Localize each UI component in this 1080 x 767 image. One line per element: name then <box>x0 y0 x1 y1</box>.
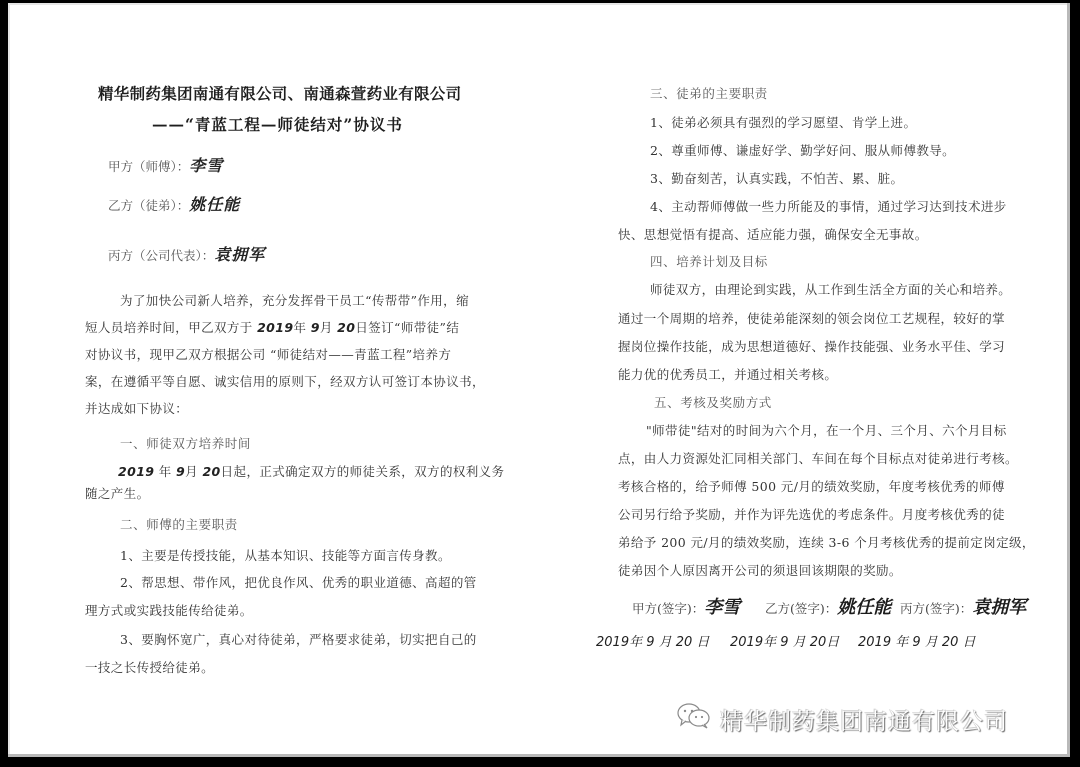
party-a: 甲方（师傅）：李雪 <box>108 153 223 176</box>
handwritten-month: 9 <box>176 464 185 479</box>
party-a-name: 李雪 <box>189 156 223 175</box>
section-1-line-2: 随之产生。 <box>85 484 150 502</box>
section-1-line-1: 2019 年 9月 20日起，正式确定双方的师徒关系，双方的权利义务 <box>118 462 504 480</box>
party-b-name: 姚任能 <box>189 195 240 214</box>
intro-line-4: 案，在遵循平等自愿、诚实信用的原则下，经双方认可签订本协议书， <box>85 372 485 390</box>
party-c-name: 袁拥军 <box>214 245 265 264</box>
handwritten-year: 2019 <box>118 464 154 479</box>
section-3-item-2: 2、尊重师傅、谦虚好学、勤学好问、服从师傅教导。 <box>650 141 955 159</box>
section-5-line-1: "师带徒"结对的时间为六个月，在一个月、三个月、六个月目标 <box>646 421 1007 439</box>
month-suffix: 月 <box>320 320 333 335</box>
signature-handwritten: 李雪 <box>704 597 740 618</box>
signature-label: 甲方(签字)： <box>632 601 704 616</box>
section-2-heading: 二、师傅的主要职责 <box>120 515 238 533</box>
signature-date-b: 2019年 9 月 20日 <box>730 631 839 650</box>
scanned-document-page: 精华制药集团南通有限公司、南通森萱药业有限公司 ——“青蓝工程—师徒结对”协议书… <box>8 3 1070 757</box>
section-2-item-3-cont: 一技之长传授给徒弟。 <box>85 658 214 676</box>
section-4-line-4: 能力优的优秀员工，并通过相关考核。 <box>618 365 837 383</box>
section-3-item-3: 3、勤奋刻苦，认真实践，不怕苦、累、脏。 <box>650 169 903 187</box>
section-3-item-1: 1、徒弟必须具有强烈的学习愿望、肯学上进。 <box>650 113 916 131</box>
intro-line-3: 对协议书，现甲乙双方根据公司 “师徒结对——青蓝工程”培养方 <box>85 345 451 363</box>
wechat-icon <box>676 702 712 730</box>
section-4-line-2: 通过一个周期的培养，使徒弟能深刻的领会岗位工艺规程，较好的掌 <box>618 309 1005 327</box>
section-2-item-3: 3、要胸怀宽广，真心对待徒弟，严格要求徒弟，切实把自己的 <box>120 630 477 648</box>
document-title: 精华制药集团南通有限公司、南通森萱药业有限公司 <box>98 82 461 104</box>
intro-line-5: 并达成如下协议： <box>85 399 188 417</box>
handwritten-year: 2019 <box>257 320 293 335</box>
signature-label: 乙方(签字)： <box>765 601 837 616</box>
section-3-item-4-cont: 快、思想觉悟有提高、适应能力强，确保安全无事故。 <box>618 225 928 243</box>
handwritten-day: 20 <box>337 320 355 335</box>
handwritten-month: 9 <box>311 320 320 335</box>
party-b-label: 乙方（徒弟）： <box>108 198 189 213</box>
section-4-heading: 四、培养计划及目标 <box>650 252 768 270</box>
section-2-item-2: 2、帮思想、带作风，把优良作风、优秀的职业道德、高超的管 <box>120 573 477 591</box>
watermark-text: 精华制药集团南通有限公司 <box>720 703 1008 736</box>
document-subtitle: ——“青蓝工程—师徒结对”协议书 <box>152 113 403 135</box>
signature-date-a: 2019年 9 月 20 日 <box>596 631 709 650</box>
intro-line-2: 短人员培养时间，甲乙双方于 2019年 9月 20日签订“师带徒”结 <box>85 318 459 336</box>
party-c: 丙方（公司代表）：袁拥军 <box>108 242 265 265</box>
section-5-line-2: 点，由人力资源处汇同相关部门、车间在每个目标点对徒弟进行考核。 <box>618 449 1018 467</box>
party-c-label: 丙方（公司代表）： <box>108 248 214 263</box>
intro-line-1: 为了加快公司新人培养，充分发挥骨干员工“传帮带”作用，缩 <box>120 291 469 309</box>
signature-party-b: 乙方(签字)：姚任能 <box>765 593 891 619</box>
section-1-heading: 一、师徒双方培养时间 <box>120 434 251 452</box>
signature-party-a: 甲方(签字)：李雪 <box>632 593 740 619</box>
intro-text: 日签订“师带徒”结 <box>355 320 459 335</box>
year-suffix: 年 <box>293 320 306 335</box>
signature-party-c: 丙方(签字)：袁拥军 <box>900 593 1026 619</box>
section-5-line-4: 公司另行给予奖励，并作为评先选优的考虑条件。月度考核优秀的徒 <box>618 505 1005 523</box>
intro-text: 短人员培养时间，甲乙双方于 <box>85 320 253 335</box>
signature-label: 丙方(签字)： <box>900 601 972 616</box>
section-3-heading: 三、徒弟的主要职责 <box>650 84 768 102</box>
section-2-item-2-cont: 理方式或实践技能传给徒弟。 <box>85 601 253 619</box>
party-a-label: 甲方（师傅）： <box>108 159 189 174</box>
section-5-line-3: 考核合格的，给予师傅 500 元/月的绩效奖励，年度考核优秀的师傅 <box>618 477 1005 495</box>
signature-handwritten: 袁拥军 <box>972 597 1026 618</box>
section-4-line-3: 握岗位操作技能，成为思想道德好、操作技能强、业务水平佳、学习 <box>618 337 1005 355</box>
handwritten-day: 20 <box>202 464 220 479</box>
section-5-line-6: 徒弟因个人原因离开公司的须退回该期限的奖励。 <box>618 561 902 579</box>
section-5-line-5: 弟给予 200 元/月的绩效奖励，连续 3-6 个月考核优秀的提前定岗定级， <box>618 533 1035 551</box>
section-1-text: 日起，正式确定双方的师徒关系，双方的权利义务 <box>221 464 505 479</box>
signature-handwritten: 姚任能 <box>837 597 891 618</box>
party-b: 乙方（徒弟）：姚任能 <box>108 192 240 215</box>
section-5-heading: 五、考核及奖励方式 <box>654 393 772 411</box>
section-3-item-4: 4、主动帮师傅做一些力所能及的事情，通过学习达到技术进步 <box>650 197 1007 215</box>
section-2-item-1: 1、主要是传授技能，从基本知识、技能等方面言传身教。 <box>120 546 451 564</box>
signature-date-c: 2019 年 9 月 20 日 <box>858 631 976 650</box>
section-4-line-1: 师徒双方，由理论到实践，从工作到生活全方面的关心和培养。 <box>650 280 1011 298</box>
